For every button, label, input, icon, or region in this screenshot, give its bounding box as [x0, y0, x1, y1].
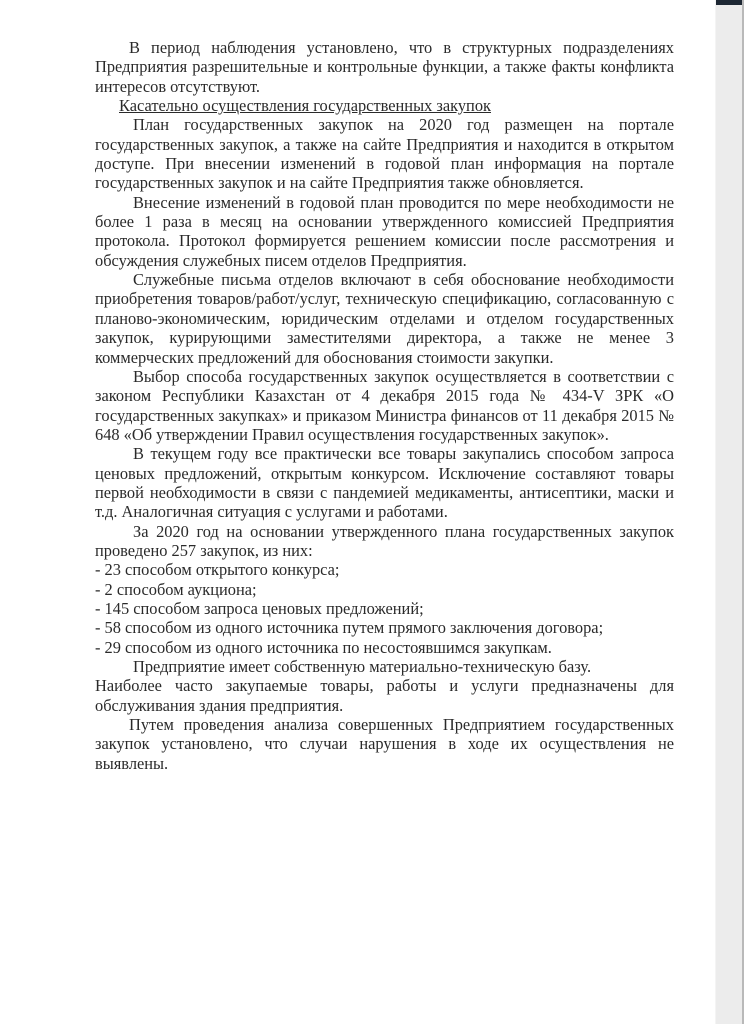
scan-edge-strip [715, 0, 744, 1024]
list-item: - 145 способом запроса ценовых предложен… [95, 599, 674, 618]
list-item: - 58 способом из одного источника путем … [95, 618, 674, 637]
paragraph-frequent-purchases: Наиболее часто закупаемые товары, работы… [95, 676, 674, 715]
list-item: - 23 способом открытого конкурса; [95, 560, 674, 579]
section-heading-procurement: Касательно осуществления государственных… [95, 96, 674, 115]
list-item: - 29 способом из одного источника по нес… [95, 638, 674, 657]
scan-corner-shadow [716, 0, 744, 5]
paragraph-analysis-conclusion: Путем проведения анализа совершенных Пре… [95, 715, 674, 773]
document-page: В период наблюдения установлено, что в с… [95, 38, 674, 773]
paragraph-plan-changes: Внесение изменений в годовой план провод… [95, 193, 674, 270]
paragraph-2020-summary: За 2020 год на основании утвержденного п… [95, 522, 674, 561]
paragraph-material-base: Предприятие имеет собственную материальн… [95, 657, 674, 676]
procurement-methods-list: - 23 способом открытого конкурса; - 2 сп… [95, 560, 674, 657]
paragraph-current-year: В текущем году все практически все товар… [95, 444, 674, 521]
list-item: - 2 способом аукциона; [95, 580, 674, 599]
paragraph-method-selection: Выбор способа государственных закупок ос… [95, 367, 674, 444]
paragraph-procurement-plan: План государственных закупок на 2020 год… [95, 115, 674, 192]
paragraph-memos: Служебные письма отделов включают в себя… [95, 270, 674, 367]
paragraph-conflict-of-interest: В период наблюдения установлено, что в с… [95, 38, 674, 96]
